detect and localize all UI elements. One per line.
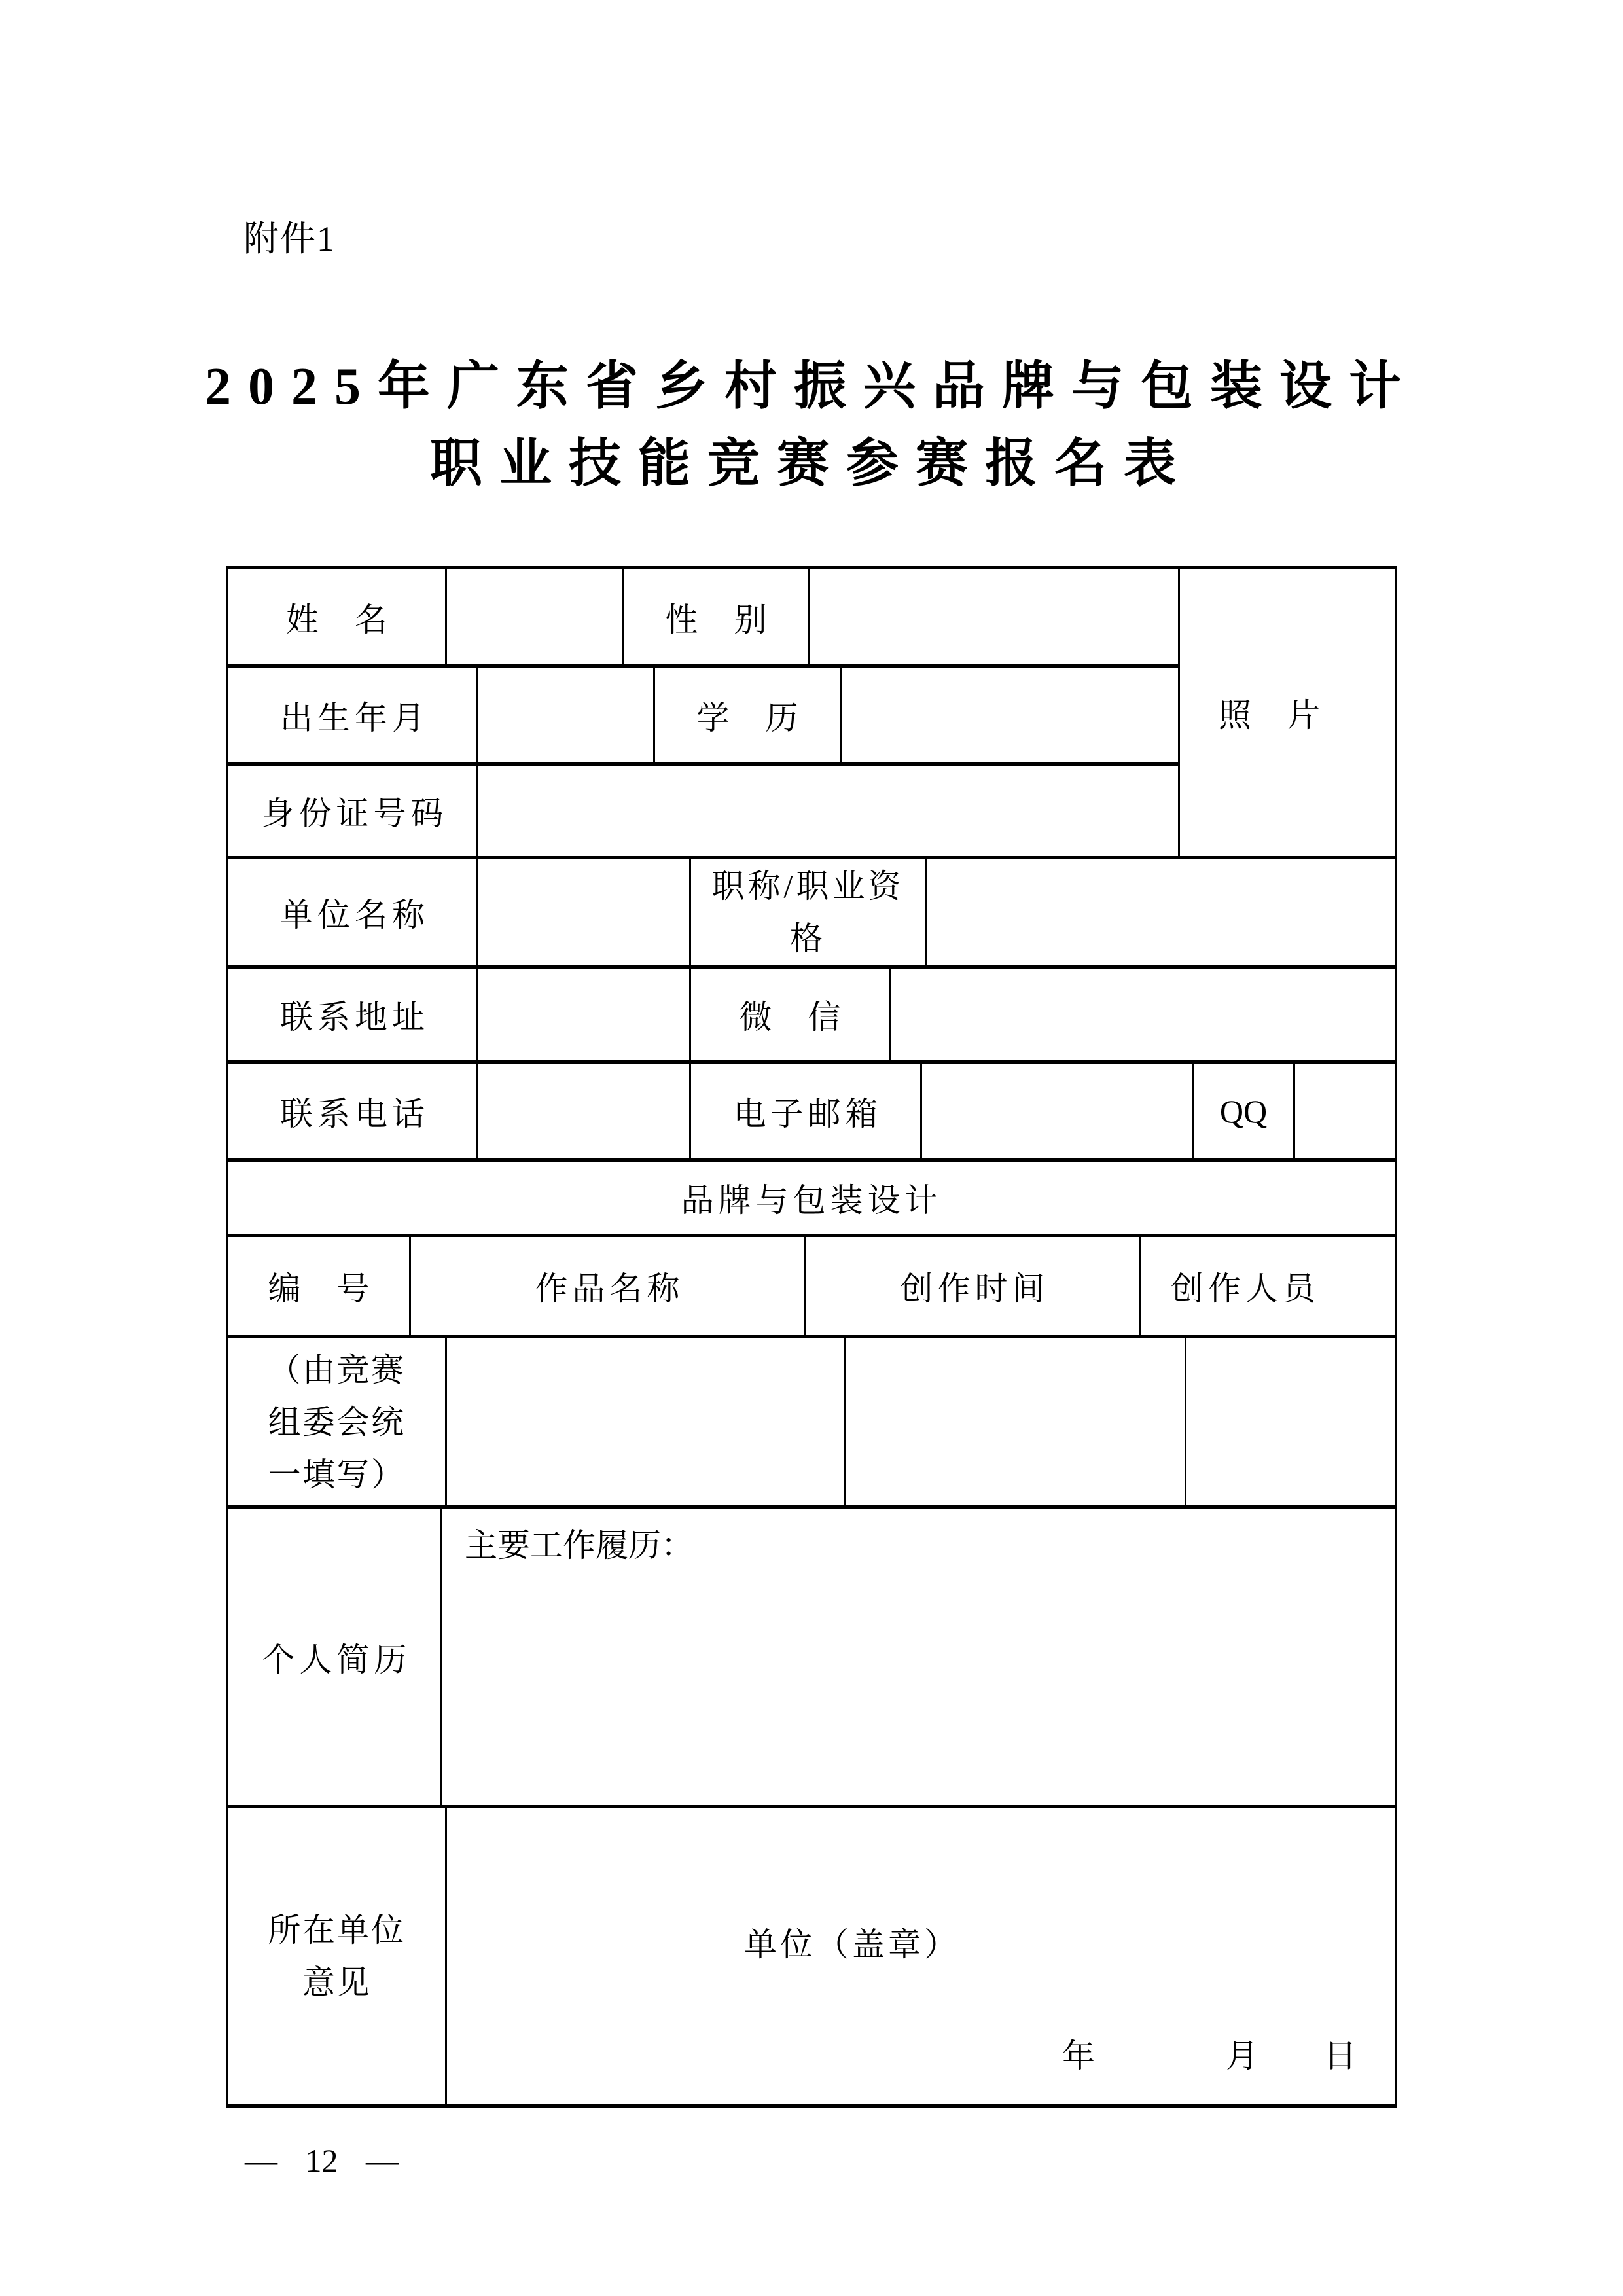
education-value-cell[interactable] [840, 668, 1137, 762]
document-page: 附件1 2025年广东省乡村振兴品牌与包装设计 职业技能竞赛参赛报名表 姓名 性… [0, 0, 1623, 2296]
row-works-entry: （由竞赛组委会统一填写） [228, 1338, 1395, 1509]
work-creators-cell[interactable] [1185, 1338, 1395, 1505]
photo-label: 照片 [1178, 569, 1395, 856]
unit-seal-label: 单位（盖章） [447, 1918, 1395, 1965]
form-title: 2025年广东省乡村振兴品牌与包装设计 职业技能竞赛参赛报名表 [0, 348, 1623, 503]
work-creators-header: 创作人员 [1139, 1237, 1349, 1335]
work-title-cell[interactable] [445, 1338, 844, 1505]
page-number: — 12 — [245, 2142, 399, 2179]
section-header: 品牌与包装设计 [228, 1162, 1395, 1234]
row-unit-opinion: 所在单位意见 单位（盖章） 年 月 日 [228, 1808, 1395, 2104]
employer-value-cell[interactable] [476, 859, 689, 965]
form-title-line2: 职业技能竞赛参赛报名表 [0, 425, 1623, 503]
work-title-header: 作品名称 [409, 1237, 808, 1335]
id-number-value-cell[interactable] [476, 766, 1173, 856]
work-number-note: （由竞赛组委会统一填写） [228, 1338, 445, 1505]
id-number-label: 身份证号码 [228, 766, 481, 856]
row-section-header: 品牌与包装设计 [228, 1162, 1395, 1237]
birth-date-label: 出生年月 [228, 668, 481, 762]
registration-form-table: 姓名 性别 出生年月 学历 身份证号码 照片 单位名称 [226, 566, 1397, 2108]
personal-info-left: 姓名 性别 出生年月 学历 身份证号码 [228, 569, 1178, 856]
wechat-value-cell[interactable] [889, 969, 1354, 1060]
email-value-cell[interactable] [920, 1064, 1192, 1158]
row-works-header: 编号 作品名称 创作时间 创作人员 [228, 1237, 1395, 1338]
date-line: 年 月 日 [447, 2030, 1395, 2104]
work-date-cell[interactable] [844, 1338, 1185, 1505]
personal-info-block: 姓名 性别 出生年月 学历 身份证号码 照片 [228, 569, 1395, 859]
phone-value-cell[interactable] [476, 1064, 689, 1158]
birth-date-value-cell[interactable] [476, 668, 653, 762]
row-phone-email-qq: 联系电话 电子邮箱 QQ [228, 1064, 1395, 1162]
resume-prompt: 主要工作履历： [465, 1519, 694, 1566]
qq-value-cell[interactable] [1293, 1064, 1385, 1158]
employer-label: 单位名称 [228, 859, 481, 965]
resume-label: 个人简历 [228, 1509, 445, 1805]
unit-opinion-cell[interactable]: 单位（盖章） 年 月 日 [445, 1808, 1395, 2104]
work-date-header: 创作时间 [804, 1237, 1144, 1335]
row-resume: 个人简历 主要工作履历： [228, 1509, 1395, 1808]
name-value-cell[interactable] [445, 569, 622, 664]
unit-opinion-label: 所在单位意见 [228, 1808, 445, 2104]
title-qualification-label: 职称/职业资格 [689, 859, 925, 965]
resume-content-cell[interactable]: 主要工作履历： [440, 1509, 1390, 1805]
row-employer-title: 单位名称 职称/职业资格 [228, 859, 1395, 969]
row-name-gender: 姓名 性别 [228, 569, 1178, 668]
form-title-line1: 2025年广东省乡村振兴品牌与包装设计 [0, 348, 1623, 425]
gender-value-cell[interactable] [808, 569, 1106, 664]
qq-label: QQ [1192, 1064, 1293, 1158]
title-qualification-value-cell[interactable] [925, 859, 1390, 965]
row-address-wechat: 联系地址 微信 [228, 969, 1395, 1064]
phone-label: 联系电话 [228, 1064, 481, 1158]
name-label: 姓名 [228, 569, 481, 664]
row-birth-education: 出生年月 学历 [228, 668, 1178, 766]
address-label: 联系地址 [228, 969, 481, 1060]
email-label: 电子邮箱 [689, 1064, 925, 1158]
row-id-number: 身份证号码 [228, 766, 1178, 856]
attachment-label: 附件1 [243, 211, 336, 261]
address-value-cell[interactable] [476, 969, 689, 1060]
